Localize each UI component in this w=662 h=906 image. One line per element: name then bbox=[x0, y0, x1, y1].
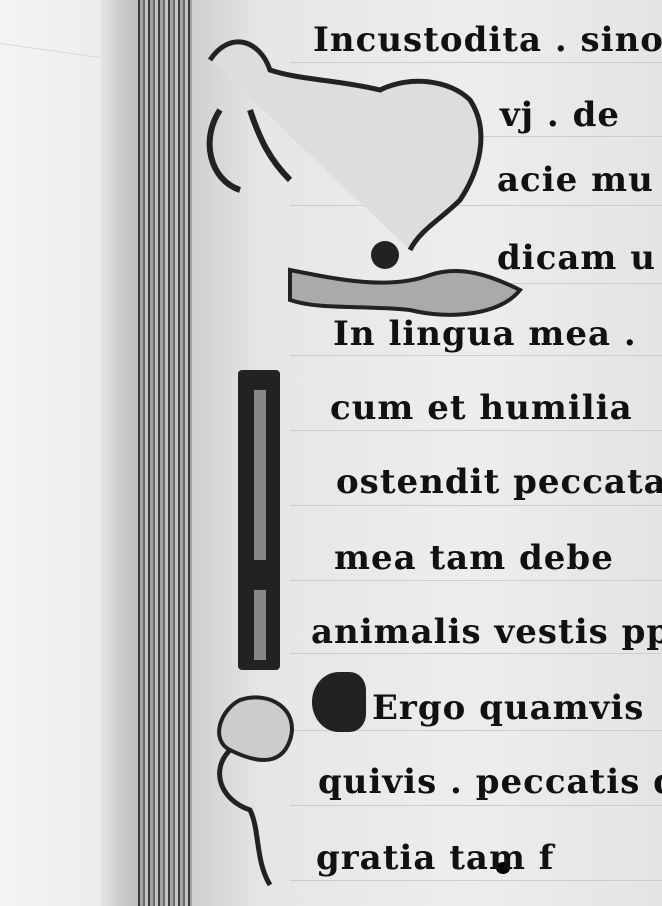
ruling-line bbox=[290, 653, 662, 654]
manuscript-line: Incustodita . sinonc bbox=[313, 20, 662, 60]
manuscript-line: acie mu bbox=[497, 160, 654, 200]
zoomorphic-beast-icon bbox=[190, 20, 530, 340]
manuscript-line: In lingua mea . bbox=[333, 314, 637, 354]
manuscript-line: ostendit peccata bbox=[336, 462, 662, 502]
ruling-line bbox=[290, 580, 662, 581]
manuscript-line: quivis . peccatis d bbox=[318, 762, 662, 802]
manuscript-line: Ergo quamvis bbox=[372, 688, 644, 728]
ruling-line bbox=[290, 805, 662, 806]
initial-e bbox=[312, 672, 366, 732]
book-fore-edge bbox=[100, 0, 140, 906]
ruling-line bbox=[290, 880, 662, 881]
manuscript-line: cum et humilia bbox=[330, 388, 633, 428]
initial-i-panel bbox=[254, 390, 266, 560]
manuscript-line: vj . de bbox=[500, 95, 620, 135]
ruling-line bbox=[290, 430, 662, 431]
manuscript-line: dicam u bbox=[497, 238, 656, 278]
initial-i-panel bbox=[254, 590, 266, 660]
manuscript-line: gratia tam f bbox=[316, 838, 554, 878]
beast-head-ornament-icon bbox=[200, 690, 310, 890]
ruling-line bbox=[290, 355, 662, 356]
book-gutter bbox=[138, 0, 194, 906]
paper-sheet-edge bbox=[0, 43, 101, 258]
manuscript-line: animalis vestis pp bbox=[311, 612, 662, 652]
ruling-line bbox=[290, 505, 662, 506]
manuscript-line: mea tam debe bbox=[334, 538, 614, 578]
